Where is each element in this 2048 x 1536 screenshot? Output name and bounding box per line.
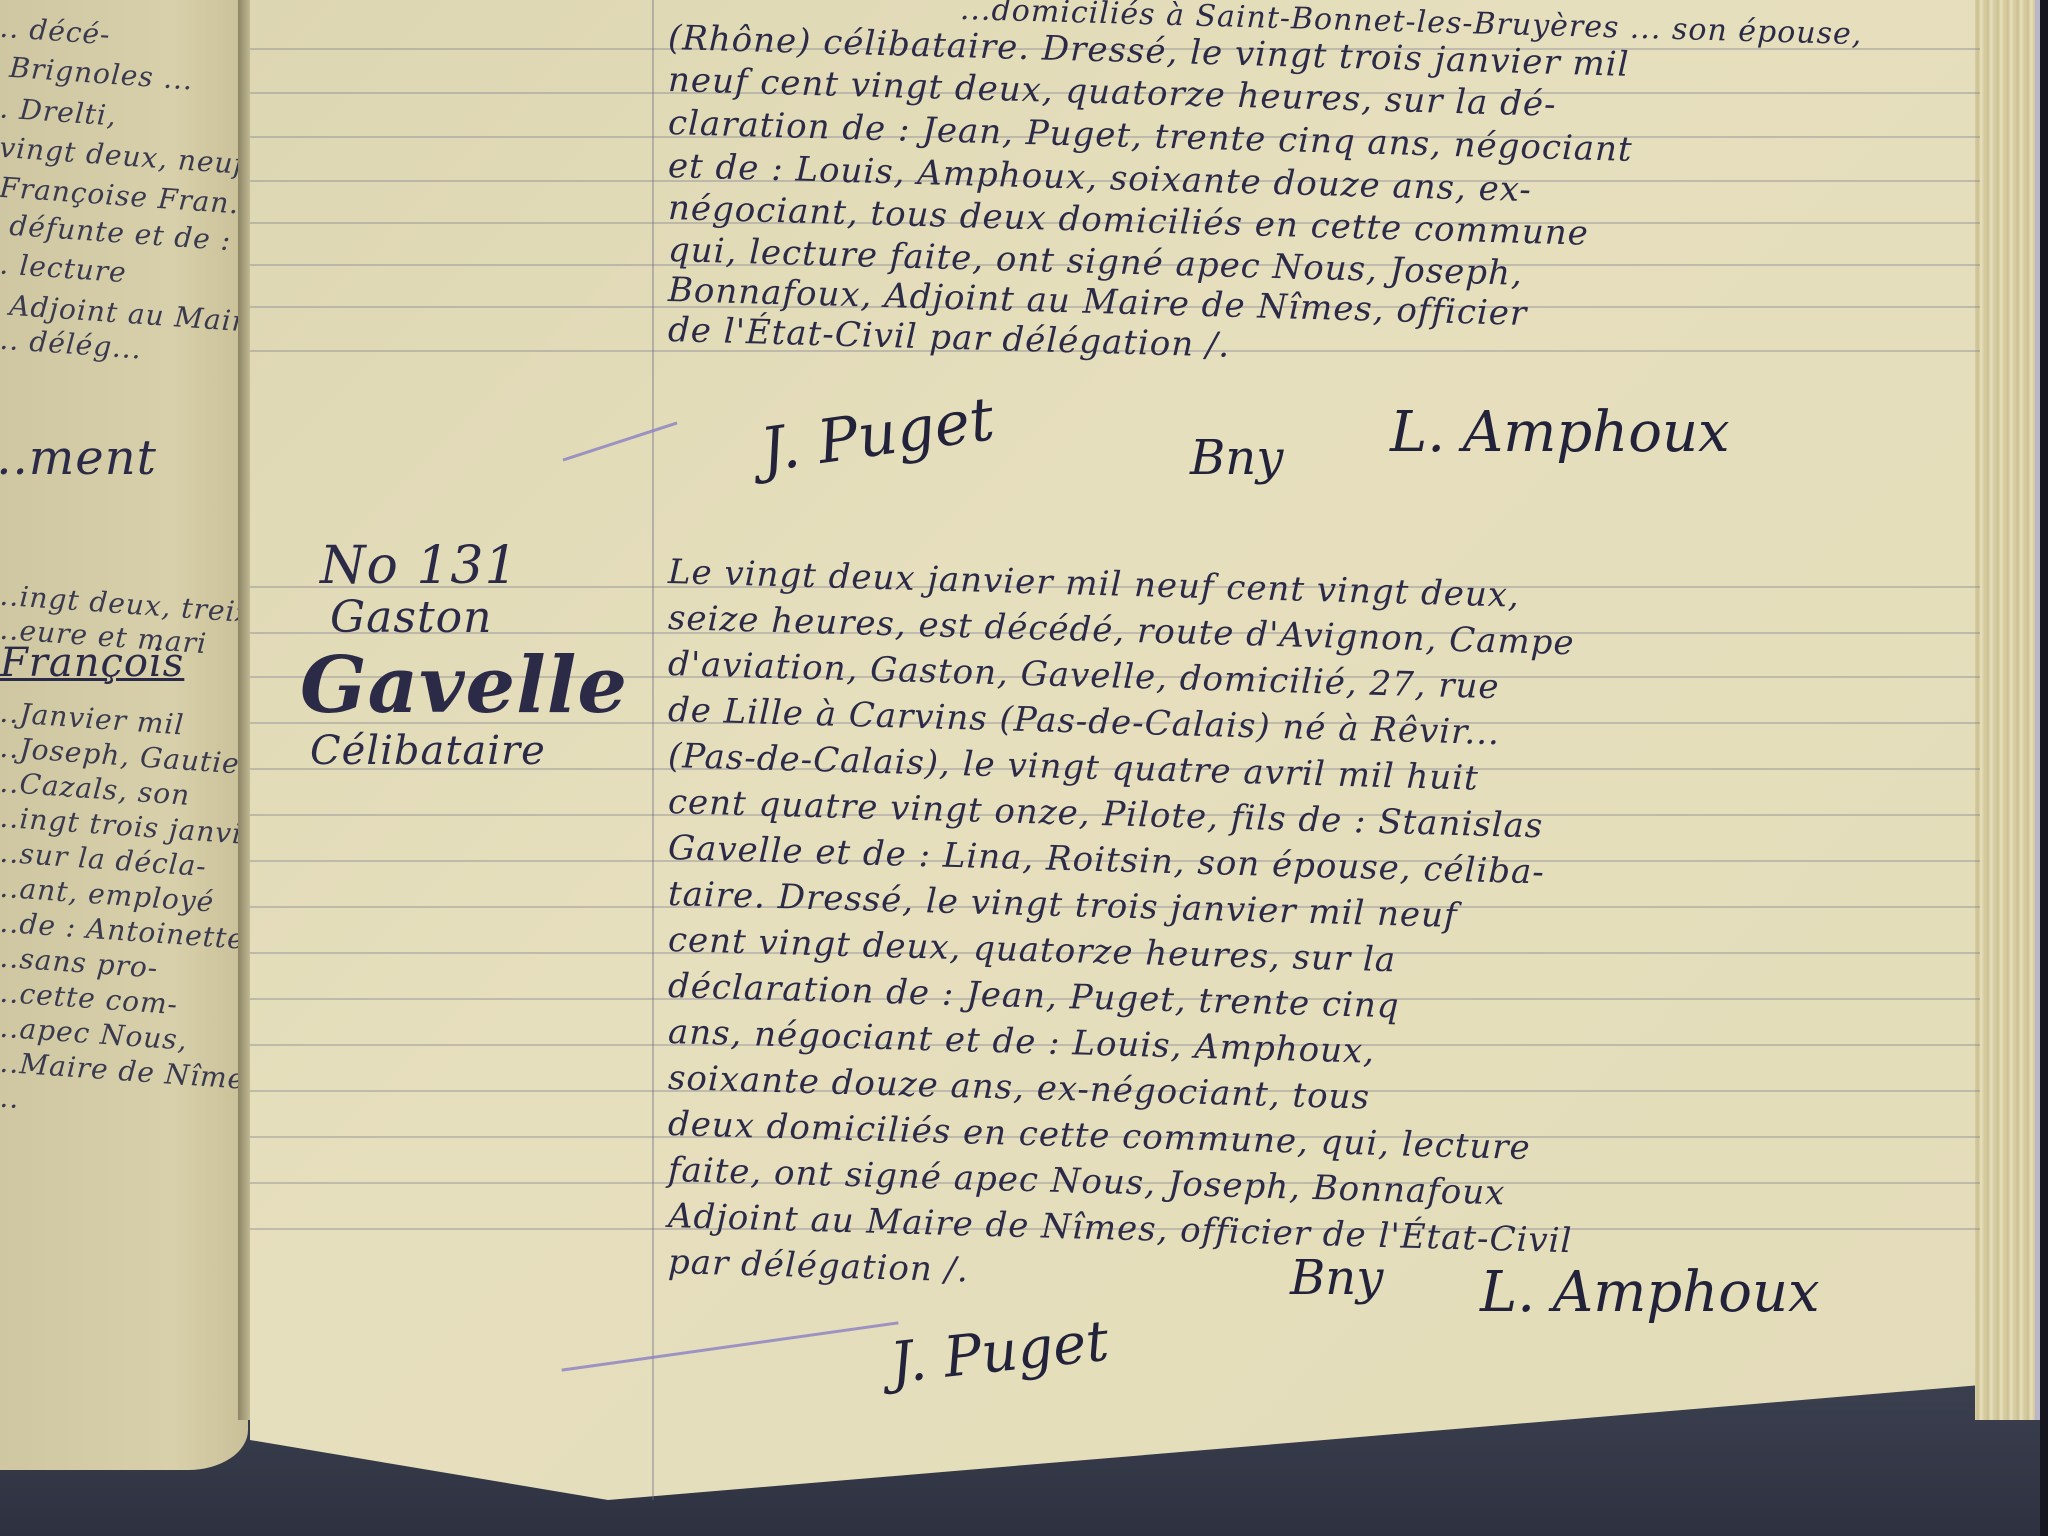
left-underlined-name: François bbox=[0, 640, 184, 686]
left-fragment: ... lecture bbox=[0, 246, 128, 289]
entry-number: No 131 bbox=[320, 536, 519, 596]
entry-line: par délégation /. bbox=[667, 1242, 969, 1290]
register-photo: ... décé- ... Brignoles ... ... Drelti, … bbox=[0, 0, 2048, 1536]
page-edges bbox=[1975, 0, 2045, 1420]
signature-initials: Bny bbox=[1190, 430, 1283, 486]
book-edge bbox=[2040, 0, 2048, 1536]
signature-amphoux: L. Amphoux bbox=[1480, 1260, 1820, 1325]
signature-initials: Bny bbox=[1290, 1250, 1383, 1306]
left-fragment: ...Maire de Nîmes, bbox=[0, 1045, 248, 1098]
signature-amphoux: L. Amphoux bbox=[1390, 400, 1730, 465]
left-page: ... décé- ... Brignoles ... ... Drelti, … bbox=[0, 0, 248, 1470]
left-fragment: ... Drelti, bbox=[0, 90, 118, 132]
margin-rule bbox=[652, 0, 654, 1500]
left-fragment: ... décé- bbox=[0, 10, 112, 51]
left-fragment: ... Brignoles ... bbox=[0, 48, 194, 97]
margin-surname: Gavelle bbox=[300, 640, 628, 731]
left-fragment: ... bbox=[0, 1080, 21, 1115]
margin-first-name: Gaston bbox=[330, 592, 492, 643]
margin-status: Célibataire bbox=[310, 728, 546, 774]
left-margin-word: ...ment bbox=[0, 430, 157, 486]
